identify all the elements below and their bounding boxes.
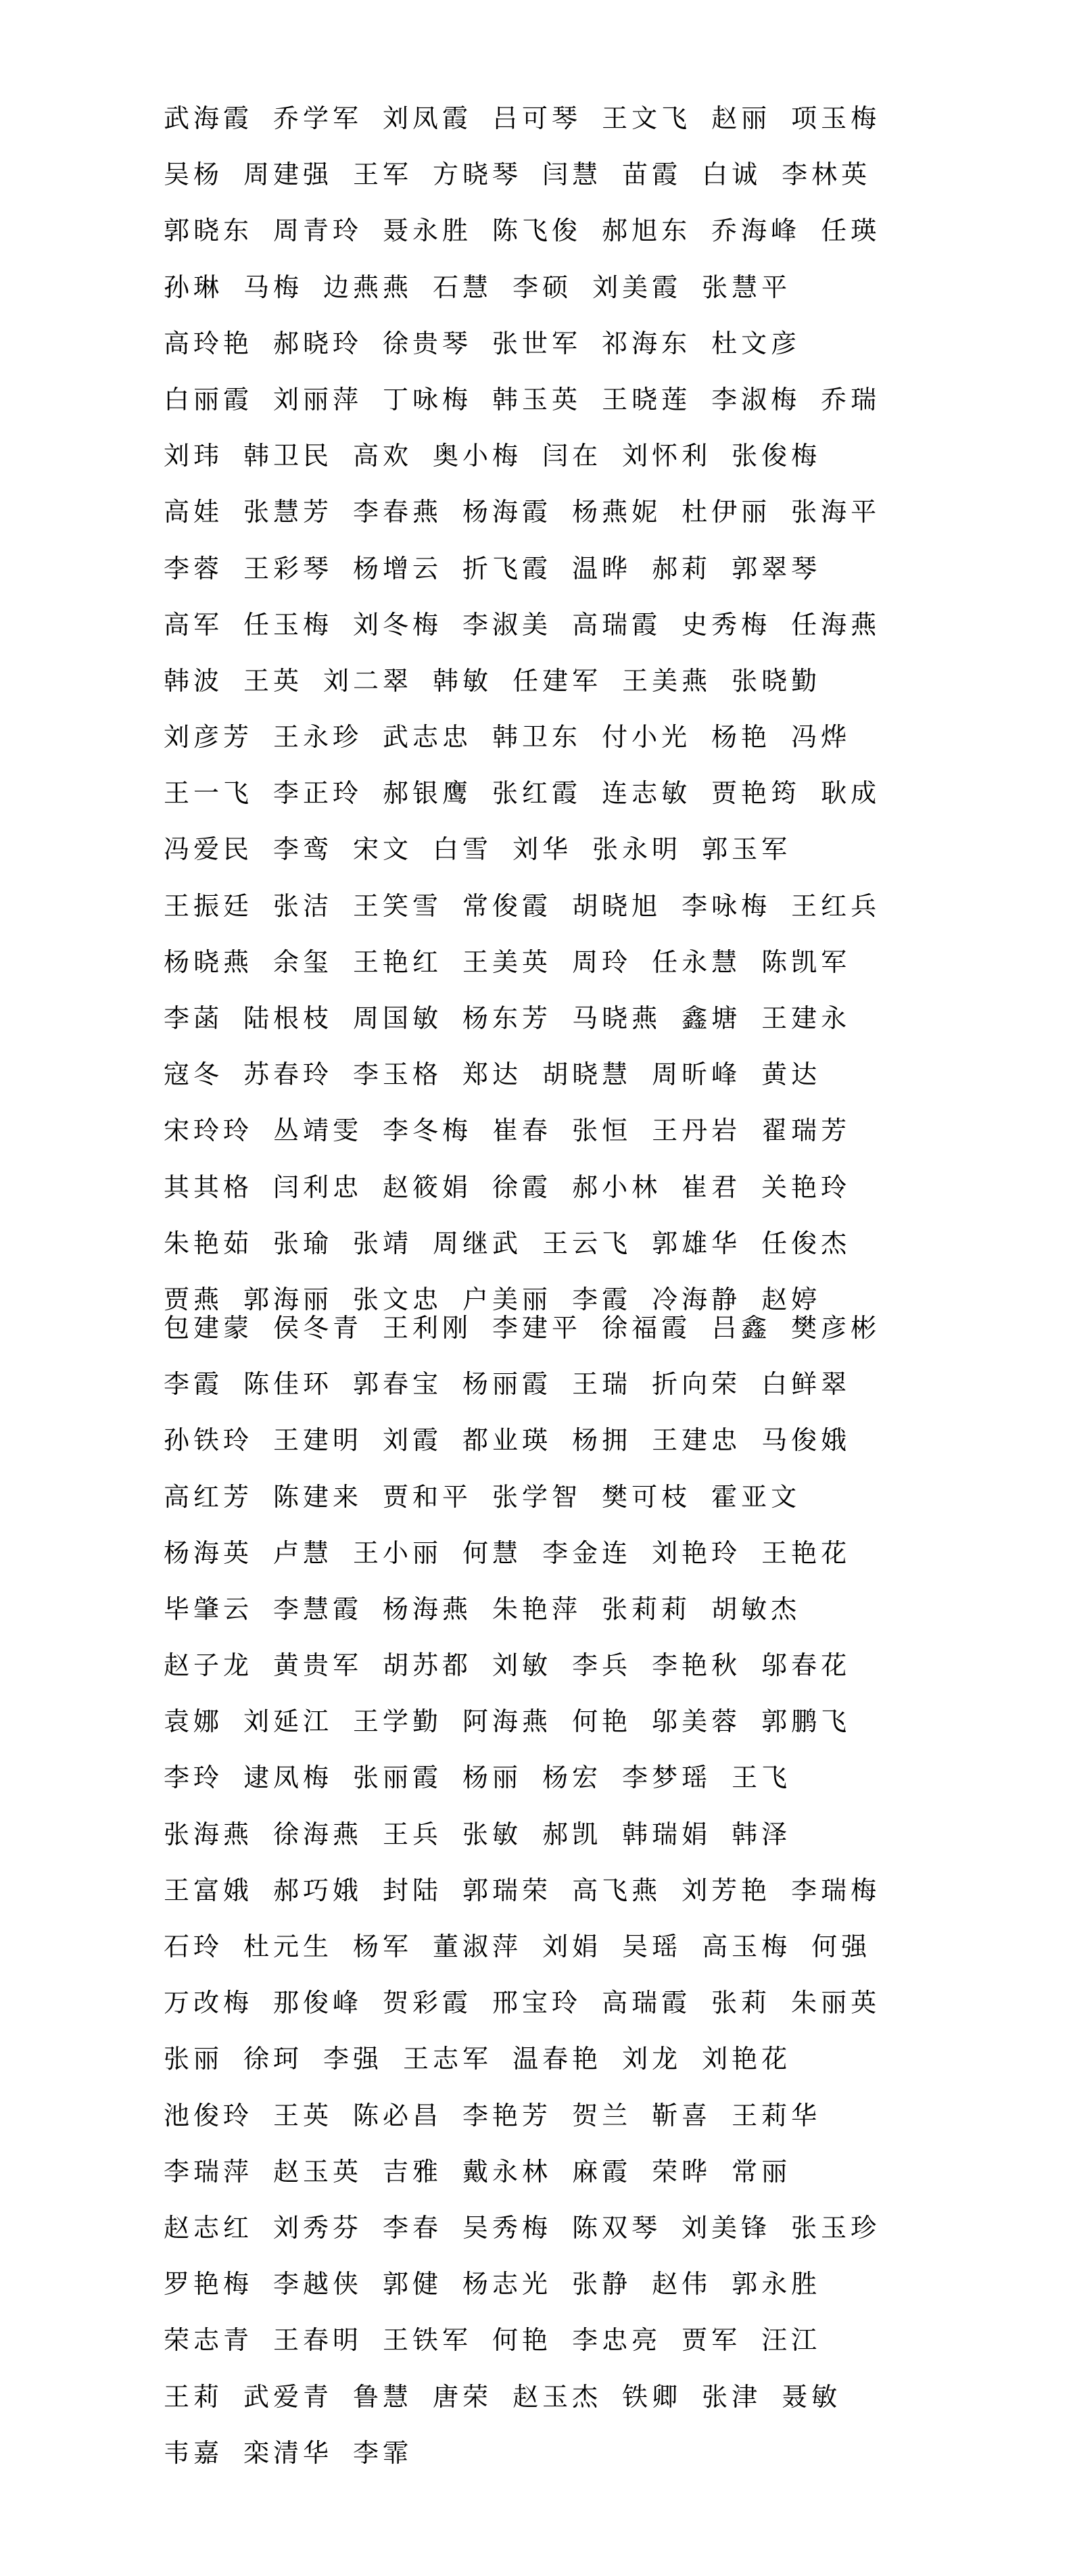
person-name: 刘美霞 bbox=[592, 272, 682, 303]
person-name: 吴杨 bbox=[164, 159, 223, 190]
person-name: 聂永胜 bbox=[383, 215, 472, 246]
name-line: 韩波王英刘二翠韩敏任建军王美燕张晓勤 bbox=[164, 665, 921, 721]
person-name: 高娃 bbox=[164, 496, 223, 527]
person-name: 常俊霞 bbox=[462, 890, 552, 922]
person-name: 张学智 bbox=[492, 1481, 581, 1512]
person-name: 任瑛 bbox=[821, 215, 880, 246]
person-name: 杨海燕 bbox=[383, 1594, 472, 1625]
person-name: 鲁慧 bbox=[353, 2381, 412, 2412]
name-line: 李蓉王彩琴杨增云折飞霞温晔郝莉郭翠琴 bbox=[164, 553, 921, 609]
name-line: 杨晓燕余玺王艳红王美英周玲任永慧陈凯军 bbox=[164, 947, 921, 1003]
person-name: 刘霞 bbox=[383, 1425, 442, 1456]
person-name: 余玺 bbox=[273, 947, 333, 978]
name-line: 杨海英卢慧王小丽何慧李金连刘艳玲王艳花 bbox=[164, 1537, 921, 1594]
person-name: 赵玉杰 bbox=[512, 2381, 602, 2412]
name-line: 白丽霞刘丽萍丁咏梅韩玉英王晓莲李淑梅乔瑞 bbox=[164, 384, 921, 440]
person-name: 白雪 bbox=[433, 834, 492, 865]
person-name: 周继武 bbox=[433, 1228, 522, 1259]
person-name: 苏春玲 bbox=[243, 1059, 333, 1090]
person-name: 胡苏都 bbox=[383, 1650, 472, 1681]
person-name: 逮凤梅 bbox=[243, 1762, 333, 1793]
name-line: 王富娥郝巧娥封陆郭瑞荣高飞燕刘芳艳李瑞梅 bbox=[164, 1875, 921, 1931]
person-name: 李玉格 bbox=[353, 1059, 442, 1090]
person-name: 王艳花 bbox=[761, 1537, 851, 1569]
person-name: 杨丽霞 bbox=[462, 1368, 552, 1400]
person-name: 王建明 bbox=[273, 1425, 362, 1456]
person-name: 胡晓旭 bbox=[572, 890, 661, 922]
name-list: 武海霞乔学军刘凤霞吕可琴王文飞赵丽项玉梅吴杨周建强王军方晓琴闫慧苗霞白诚李林英郭… bbox=[164, 103, 921, 2494]
person-name: 封陆 bbox=[383, 1875, 442, 1906]
person-name: 董淑萍 bbox=[433, 1931, 522, 1962]
person-name: 王英 bbox=[243, 665, 303, 696]
person-name: 李硕 bbox=[512, 272, 572, 303]
person-name: 韩敏 bbox=[433, 665, 492, 696]
name-line: 宋玲玲丛靖雯李冬梅崔春张恒王丹岩翟瑞芳 bbox=[164, 1115, 921, 1171]
person-name: 孙铁玲 bbox=[164, 1425, 253, 1456]
person-name: 闫利忠 bbox=[273, 1172, 362, 1203]
person-name: 陈凯军 bbox=[761, 947, 851, 978]
person-name: 祁海东 bbox=[602, 328, 691, 359]
person-name: 郭海丽 bbox=[243, 1284, 333, 1315]
person-name: 刘美锋 bbox=[682, 2212, 771, 2243]
name-line: 吴杨周建强王军方晓琴闫慧苗霞白诚李林英 bbox=[164, 159, 921, 215]
person-name: 郝银鹰 bbox=[383, 778, 472, 809]
name-line: 包建蒙侯冬青王利刚李建平徐福霞吕鑫樊彦彬 bbox=[164, 1312, 921, 1368]
person-name: 王建忠 bbox=[652, 1425, 741, 1456]
person-name: 马俊娥 bbox=[761, 1425, 851, 1456]
person-name: 王利刚 bbox=[383, 1312, 472, 1343]
person-name: 任俊杰 bbox=[761, 1228, 851, 1259]
name-line: 袁娜刘延江王学勤阿海燕何艳邬美蓉郭鹏飞 bbox=[164, 1706, 921, 1762]
person-name: 吴秀梅 bbox=[462, 2212, 552, 2243]
name-line: 万改梅那俊峰贺彩霞邢宝玲高瑞霞张莉朱丽英 bbox=[164, 1987, 921, 2043]
person-name: 王艳红 bbox=[353, 947, 442, 978]
person-name: 栾清华 bbox=[243, 2437, 333, 2468]
person-name: 郝旭东 bbox=[602, 215, 691, 246]
person-name: 赵婷 bbox=[761, 1284, 821, 1315]
person-name: 黄贵军 bbox=[273, 1650, 362, 1681]
person-name: 李艳秋 bbox=[652, 1650, 741, 1681]
person-name: 杨增云 bbox=[353, 553, 442, 584]
person-name: 赵伟 bbox=[652, 2268, 711, 2299]
person-name: 杜文彦 bbox=[711, 328, 801, 359]
person-name: 李淑梅 bbox=[711, 384, 801, 415]
person-name: 李鸾 bbox=[273, 834, 333, 865]
person-name: 聂敏 bbox=[782, 2381, 841, 2412]
person-name: 崔春 bbox=[492, 1115, 552, 1146]
name-line: 孙铁玲王建明刘霞都业瑛杨拥王建忠马俊娥 bbox=[164, 1425, 921, 1481]
person-name: 张永明 bbox=[592, 834, 682, 865]
person-name: 韩卫东 bbox=[492, 721, 581, 753]
person-name: 李梦瑶 bbox=[622, 1762, 711, 1793]
person-name: 韩玉英 bbox=[492, 384, 581, 415]
person-name: 李瑞梅 bbox=[791, 1875, 880, 1906]
person-name: 郝莉 bbox=[652, 553, 711, 584]
person-name: 吕可琴 bbox=[492, 103, 581, 134]
person-name: 王小丽 bbox=[353, 1537, 442, 1569]
name-line: 赵子龙黄贵军胡苏都刘敏李兵李艳秋邬春花 bbox=[164, 1650, 921, 1706]
person-name: 徐霞 bbox=[492, 1172, 552, 1203]
person-name: 阿海燕 bbox=[462, 1706, 552, 1737]
person-name: 刘艳花 bbox=[702, 2043, 791, 2074]
person-name: 连志敏 bbox=[602, 778, 691, 809]
person-name: 孙琳 bbox=[164, 272, 223, 303]
name-line: 高玲艳郝晓玲徐贵琴张世军祁海东杜文彦 bbox=[164, 328, 921, 384]
person-name: 贺兰 bbox=[572, 2100, 631, 2131]
person-name: 刘艳玲 bbox=[652, 1537, 741, 1569]
name-line: 赵志红刘秀芬李春吴秀梅陈双琴刘美锋张玉珍 bbox=[164, 2212, 921, 2268]
person-name: 王丹岩 bbox=[652, 1115, 741, 1146]
person-name: 赵志红 bbox=[164, 2212, 253, 2243]
person-name: 唐荣 bbox=[433, 2381, 492, 2412]
person-name: 张津 bbox=[702, 2381, 761, 2412]
person-name: 任玉梅 bbox=[243, 609, 333, 640]
person-name: 温春艳 bbox=[512, 2043, 602, 2074]
person-name: 侯冬青 bbox=[273, 1312, 362, 1343]
person-name: 朱艳萍 bbox=[492, 1594, 581, 1625]
person-name: 杨丽 bbox=[462, 1762, 522, 1793]
person-name: 刘丽萍 bbox=[273, 384, 362, 415]
person-name: 都业瑛 bbox=[462, 1425, 552, 1456]
person-name: 白鲜翠 bbox=[761, 1368, 851, 1400]
person-name: 刘冬梅 bbox=[353, 609, 442, 640]
person-name: 王笑雪 bbox=[353, 890, 442, 922]
person-name: 何强 bbox=[811, 1931, 871, 1962]
person-name: 李瑞萍 bbox=[164, 2156, 253, 2187]
person-name: 张恒 bbox=[572, 1115, 631, 1146]
person-name: 郭翠琴 bbox=[732, 553, 821, 584]
person-name: 樊彦彬 bbox=[791, 1312, 880, 1343]
person-name: 任海燕 bbox=[791, 609, 880, 640]
person-name: 王振廷 bbox=[164, 890, 253, 922]
person-name: 闫在 bbox=[542, 440, 602, 471]
person-name: 李慧霞 bbox=[273, 1594, 362, 1625]
person-name: 朱丽英 bbox=[791, 1987, 880, 2018]
person-name: 卢慧 bbox=[273, 1537, 333, 1569]
person-name: 苗霞 bbox=[622, 159, 682, 190]
person-name: 折向荣 bbox=[652, 1368, 741, 1400]
person-name: 赵丽 bbox=[711, 103, 771, 134]
name-line: 李玲逮凤梅张丽霞杨丽杨宏李梦瑶王飞 bbox=[164, 1762, 921, 1818]
person-name: 樊可枝 bbox=[602, 1481, 691, 1512]
person-name: 鑫塘 bbox=[682, 1003, 741, 1034]
person-name: 荣晔 bbox=[652, 2156, 711, 2187]
person-name: 李正玲 bbox=[273, 778, 362, 809]
person-name: 周昕峰 bbox=[652, 1059, 741, 1090]
person-name: 陈必昌 bbox=[353, 2100, 442, 2131]
person-name: 刘二翠 bbox=[323, 665, 412, 696]
person-name: 李霏 bbox=[353, 2437, 412, 2468]
person-name: 刘秀芬 bbox=[273, 2212, 362, 2243]
person-name: 丁咏梅 bbox=[383, 384, 472, 415]
name-line: 荣志青王春明王铁军何艳李忠亮贾军汪江 bbox=[164, 2324, 921, 2381]
person-name: 史秀梅 bbox=[682, 609, 771, 640]
person-name: 王云飞 bbox=[542, 1228, 631, 1259]
name-line: 刘彦芳王永珍武志忠韩卫东付小光杨艳冯烨 bbox=[164, 721, 921, 778]
person-name: 付小光 bbox=[602, 721, 691, 753]
person-name: 王晓莲 bbox=[602, 384, 691, 415]
person-name: 刘彦芳 bbox=[164, 721, 253, 753]
person-name: 李建平 bbox=[492, 1312, 581, 1343]
person-name: 王建永 bbox=[761, 1003, 851, 1034]
name-line: 郭晓东周青玲聂永胜陈飞俊郝旭东乔海峰任瑛 bbox=[164, 215, 921, 271]
person-name: 贾和平 bbox=[383, 1481, 472, 1512]
person-name: 何艳 bbox=[492, 2324, 552, 2356]
person-name: 韩波 bbox=[164, 665, 223, 696]
person-name: 杜伊丽 bbox=[682, 496, 771, 527]
person-name: 李林英 bbox=[782, 159, 871, 190]
person-name: 王莉 bbox=[164, 2381, 223, 2412]
person-name: 冯烨 bbox=[791, 721, 851, 753]
person-name: 郭永胜 bbox=[732, 2268, 821, 2299]
person-name: 王铁军 bbox=[383, 2324, 472, 2356]
person-name: 张海燕 bbox=[164, 1819, 253, 1850]
person-name: 王红兵 bbox=[791, 890, 880, 922]
person-name: 马梅 bbox=[243, 272, 303, 303]
person-name: 杨志光 bbox=[462, 2268, 552, 2299]
person-name: 刘娟 bbox=[542, 1931, 602, 1962]
person-name: 杨燕妮 bbox=[572, 496, 661, 527]
person-name: 铁卿 bbox=[622, 2381, 682, 2412]
person-name: 张慧芳 bbox=[243, 496, 333, 527]
person-name: 王莉华 bbox=[732, 2100, 821, 2131]
person-name: 郭健 bbox=[383, 2268, 442, 2299]
person-name: 张世军 bbox=[492, 328, 581, 359]
person-name: 王美英 bbox=[462, 947, 552, 978]
person-name: 陈双琴 bbox=[572, 2212, 661, 2243]
person-name: 贾军 bbox=[682, 2324, 741, 2356]
person-name: 闫慧 bbox=[542, 159, 602, 190]
person-name: 石慧 bbox=[433, 272, 492, 303]
person-name: 高瑞霞 bbox=[602, 1987, 691, 2018]
person-name: 张红霞 bbox=[492, 778, 581, 809]
person-name: 方晓琴 bbox=[433, 159, 522, 190]
person-name: 吕鑫 bbox=[711, 1312, 771, 1343]
person-name: 徐海燕 bbox=[273, 1819, 362, 1850]
person-name: 王彩琴 bbox=[243, 553, 333, 584]
person-name: 项玉梅 bbox=[791, 103, 880, 134]
person-name: 郑达 bbox=[462, 1059, 522, 1090]
person-name: 周建强 bbox=[243, 159, 333, 190]
person-name: 李越侠 bbox=[273, 2268, 362, 2299]
person-name: 张海平 bbox=[791, 496, 880, 527]
name-line: 李瑞萍赵玉英吉雅戴永林麻霞荣晔常丽 bbox=[164, 2156, 921, 2212]
person-name: 贾燕 bbox=[164, 1284, 223, 1315]
person-name: 杨晓燕 bbox=[164, 947, 253, 978]
person-name: 李霞 bbox=[164, 1368, 223, 1400]
person-name: 周青玲 bbox=[273, 215, 362, 246]
person-name: 张洁 bbox=[273, 890, 333, 922]
person-name: 张玉珍 bbox=[791, 2212, 880, 2243]
person-name: 常丽 bbox=[732, 2156, 791, 2187]
name-line: 贾燕郭海丽张文忠户美丽李霞冷海静赵婷 bbox=[164, 1284, 921, 1312]
person-name: 高瑞霞 bbox=[572, 609, 661, 640]
person-name: 武海霞 bbox=[164, 103, 253, 134]
person-name: 麻霞 bbox=[572, 2156, 631, 2187]
person-name: 王飞 bbox=[732, 1762, 791, 1793]
person-name: 徐福霞 bbox=[602, 1312, 691, 1343]
name-line: 李菡陆根枝周国敏杨东芳马晓燕鑫塘王建永 bbox=[164, 1003, 921, 1059]
person-name: 赵筱娟 bbox=[383, 1172, 472, 1203]
person-name: 靳喜 bbox=[652, 2100, 711, 2131]
person-name: 刘龙 bbox=[622, 2043, 682, 2074]
name-line: 王莉武爱青鲁慧唐荣赵玉杰铁卿张津聂敏 bbox=[164, 2381, 921, 2437]
person-name: 杨宏 bbox=[542, 1762, 602, 1793]
person-name: 崔君 bbox=[682, 1172, 741, 1203]
person-name: 其其格 bbox=[164, 1172, 253, 1203]
person-name: 杜元生 bbox=[243, 1931, 333, 1962]
person-name: 赵玉英 bbox=[273, 2156, 362, 2187]
person-name: 石玲 bbox=[164, 1931, 223, 1962]
person-name: 刘延江 bbox=[243, 1706, 333, 1737]
person-name: 折飞霞 bbox=[462, 553, 552, 584]
person-name: 高玉梅 bbox=[702, 1931, 791, 1962]
person-name: 高军 bbox=[164, 609, 223, 640]
person-name: 贺彩霞 bbox=[383, 1987, 472, 2018]
name-line: 李霞陈佳环郭春宝杨丽霞王瑞折向荣白鲜翠 bbox=[164, 1368, 921, 1425]
person-name: 任永慧 bbox=[652, 947, 741, 978]
person-name: 李咏梅 bbox=[682, 890, 771, 922]
person-name: 杨军 bbox=[353, 1931, 412, 1962]
person-name: 高玲艳 bbox=[164, 328, 253, 359]
name-line: 孙琳马梅边燕燕石慧李硕刘美霞张慧平 bbox=[164, 272, 921, 328]
person-name: 王学勤 bbox=[353, 1706, 442, 1737]
person-name: 荣志青 bbox=[164, 2324, 253, 2356]
person-name: 武爱青 bbox=[243, 2381, 333, 2412]
person-name: 王文飞 bbox=[602, 103, 691, 134]
person-name: 霍亚文 bbox=[711, 1481, 801, 1512]
person-name: 刘敏 bbox=[492, 1650, 552, 1681]
person-name: 郭瑞荣 bbox=[462, 1875, 552, 1906]
person-name: 罗艳梅 bbox=[164, 2268, 253, 2299]
person-name: 杨东芳 bbox=[462, 1003, 552, 1034]
person-name: 胡敏杰 bbox=[711, 1594, 801, 1625]
person-name: 乔海峰 bbox=[711, 215, 801, 246]
person-name: 宋玲玲 bbox=[164, 1115, 253, 1146]
person-name: 陈佳环 bbox=[243, 1368, 333, 1400]
person-name: 马晓燕 bbox=[572, 1003, 661, 1034]
name-line: 刘玮韩卫民高欢奥小梅闫在刘怀利张俊梅 bbox=[164, 440, 921, 496]
person-name: 王志军 bbox=[403, 2043, 492, 2074]
document-page: 武海霞乔学军刘凤霞吕可琴王文飞赵丽项玉梅吴杨周建强王军方晓琴闫慧苗霞白诚李林英郭… bbox=[0, 0, 1073, 2576]
person-name: 郭玉军 bbox=[702, 834, 791, 865]
person-name: 邬春花 bbox=[761, 1650, 851, 1681]
person-name: 白丽霞 bbox=[164, 384, 253, 415]
person-name: 宋文 bbox=[353, 834, 412, 865]
person-name: 冯爱民 bbox=[164, 834, 253, 865]
person-name: 边燕燕 bbox=[323, 272, 412, 303]
person-name: 邢宝玲 bbox=[492, 1987, 581, 2018]
name-line: 石玲杜元生杨军董淑萍刘娟吴瑶高玉梅何强 bbox=[164, 1931, 921, 1987]
person-name: 李艳芳 bbox=[462, 2100, 552, 2131]
person-name: 张瑜 bbox=[273, 1228, 333, 1259]
name-line: 罗艳梅李越侠郭健杨志光张静赵伟郭永胜 bbox=[164, 2268, 921, 2324]
person-name: 张莉莉 bbox=[602, 1594, 691, 1625]
person-name: 寇冬 bbox=[164, 1059, 223, 1090]
person-name: 王一飞 bbox=[164, 778, 253, 809]
person-name: 杨海英 bbox=[164, 1537, 253, 1569]
person-name: 郝小林 bbox=[572, 1172, 661, 1203]
person-name: 张丽 bbox=[164, 2043, 223, 2074]
person-name: 郭晓东 bbox=[164, 215, 253, 246]
person-name: 刘玮 bbox=[164, 440, 223, 471]
person-name: 杨艳 bbox=[711, 721, 771, 753]
person-name: 高飞燕 bbox=[572, 1875, 661, 1906]
person-name: 乔瑞 bbox=[821, 384, 880, 415]
person-name: 周玲 bbox=[572, 947, 631, 978]
person-name: 徐贵琴 bbox=[383, 328, 472, 359]
person-name: 高红芳 bbox=[164, 1481, 253, 1512]
person-name: 毕肇云 bbox=[164, 1594, 253, 1625]
name-line: 其其格闫利忠赵筱娟徐霞郝小林崔君关艳玲 bbox=[164, 1172, 921, 1228]
name-line: 高娃张慧芳李春燕杨海霞杨燕妮杜伊丽张海平 bbox=[164, 496, 921, 552]
person-name: 李蓉 bbox=[164, 553, 223, 584]
person-name: 温晔 bbox=[572, 553, 631, 584]
name-line: 毕肇云李慧霞杨海燕朱艳萍张莉莉胡敏杰 bbox=[164, 1594, 921, 1650]
name-line: 张丽徐珂李强王志军温春艳刘龙刘艳花 bbox=[164, 2043, 921, 2099]
person-name: 郝巧娥 bbox=[273, 1875, 362, 1906]
person-name: 王美燕 bbox=[622, 665, 711, 696]
person-name: 刘芳艳 bbox=[682, 1875, 771, 1906]
person-name: 高欢 bbox=[353, 440, 412, 471]
person-name: 王军 bbox=[353, 159, 412, 190]
person-name: 张俊梅 bbox=[732, 440, 821, 471]
person-name: 张文忠 bbox=[353, 1284, 442, 1315]
person-name: 李淑美 bbox=[462, 609, 552, 640]
person-name: 王兵 bbox=[383, 1819, 442, 1850]
person-name: 韩瑞娟 bbox=[622, 1819, 711, 1850]
person-name: 奥小梅 bbox=[433, 440, 522, 471]
person-name: 郭雄华 bbox=[652, 1228, 741, 1259]
person-name: 张静 bbox=[572, 2268, 631, 2299]
person-name: 关艳玲 bbox=[761, 1172, 851, 1203]
person-name: 李玲 bbox=[164, 1762, 223, 1793]
person-name: 李春 bbox=[383, 2212, 442, 2243]
person-name: 黄达 bbox=[761, 1059, 821, 1090]
name-line: 王一飞李正玲郝银鹰张红霞连志敏贾艳筠耿成 bbox=[164, 778, 921, 834]
person-name: 戴永林 bbox=[462, 2156, 552, 2187]
person-name: 张敏 bbox=[462, 1819, 522, 1850]
person-name: 耿成 bbox=[821, 778, 880, 809]
person-name: 袁娜 bbox=[164, 1706, 223, 1737]
name-line: 韦嘉栾清华李霏 bbox=[164, 2437, 921, 2494]
person-name: 武志忠 bbox=[383, 721, 472, 753]
person-name: 刘凤霞 bbox=[383, 103, 472, 134]
person-name: 吴瑶 bbox=[622, 1931, 682, 1962]
person-name: 任建军 bbox=[512, 665, 602, 696]
name-line: 武海霞乔学军刘凤霞吕可琴王文飞赵丽项玉梅 bbox=[164, 103, 921, 159]
person-name: 张靖 bbox=[353, 1228, 412, 1259]
person-name: 张丽霞 bbox=[353, 1762, 442, 1793]
person-name: 李兵 bbox=[572, 1650, 631, 1681]
person-name: 何艳 bbox=[572, 1706, 631, 1737]
name-line: 张海燕徐海燕王兵张敏郝凯韩瑞娟韩泽 bbox=[164, 1819, 921, 1875]
person-name: 陈建来 bbox=[273, 1481, 362, 1512]
person-name: 郝晓玲 bbox=[273, 328, 362, 359]
person-name: 郭春宝 bbox=[353, 1368, 442, 1400]
person-name: 王春明 bbox=[273, 2324, 362, 2356]
person-name: 胡晓慧 bbox=[542, 1059, 631, 1090]
person-name: 陈飞俊 bbox=[492, 215, 581, 246]
person-name: 李冬梅 bbox=[383, 1115, 472, 1146]
person-name: 韩卫民 bbox=[243, 440, 333, 471]
person-name: 韦嘉 bbox=[164, 2437, 223, 2468]
person-name: 白诚 bbox=[702, 159, 761, 190]
person-name: 张晓勤 bbox=[732, 665, 821, 696]
person-name: 周国敏 bbox=[353, 1003, 442, 1034]
person-name: 户美丽 bbox=[462, 1284, 552, 1315]
person-name: 王英 bbox=[273, 2100, 333, 2131]
